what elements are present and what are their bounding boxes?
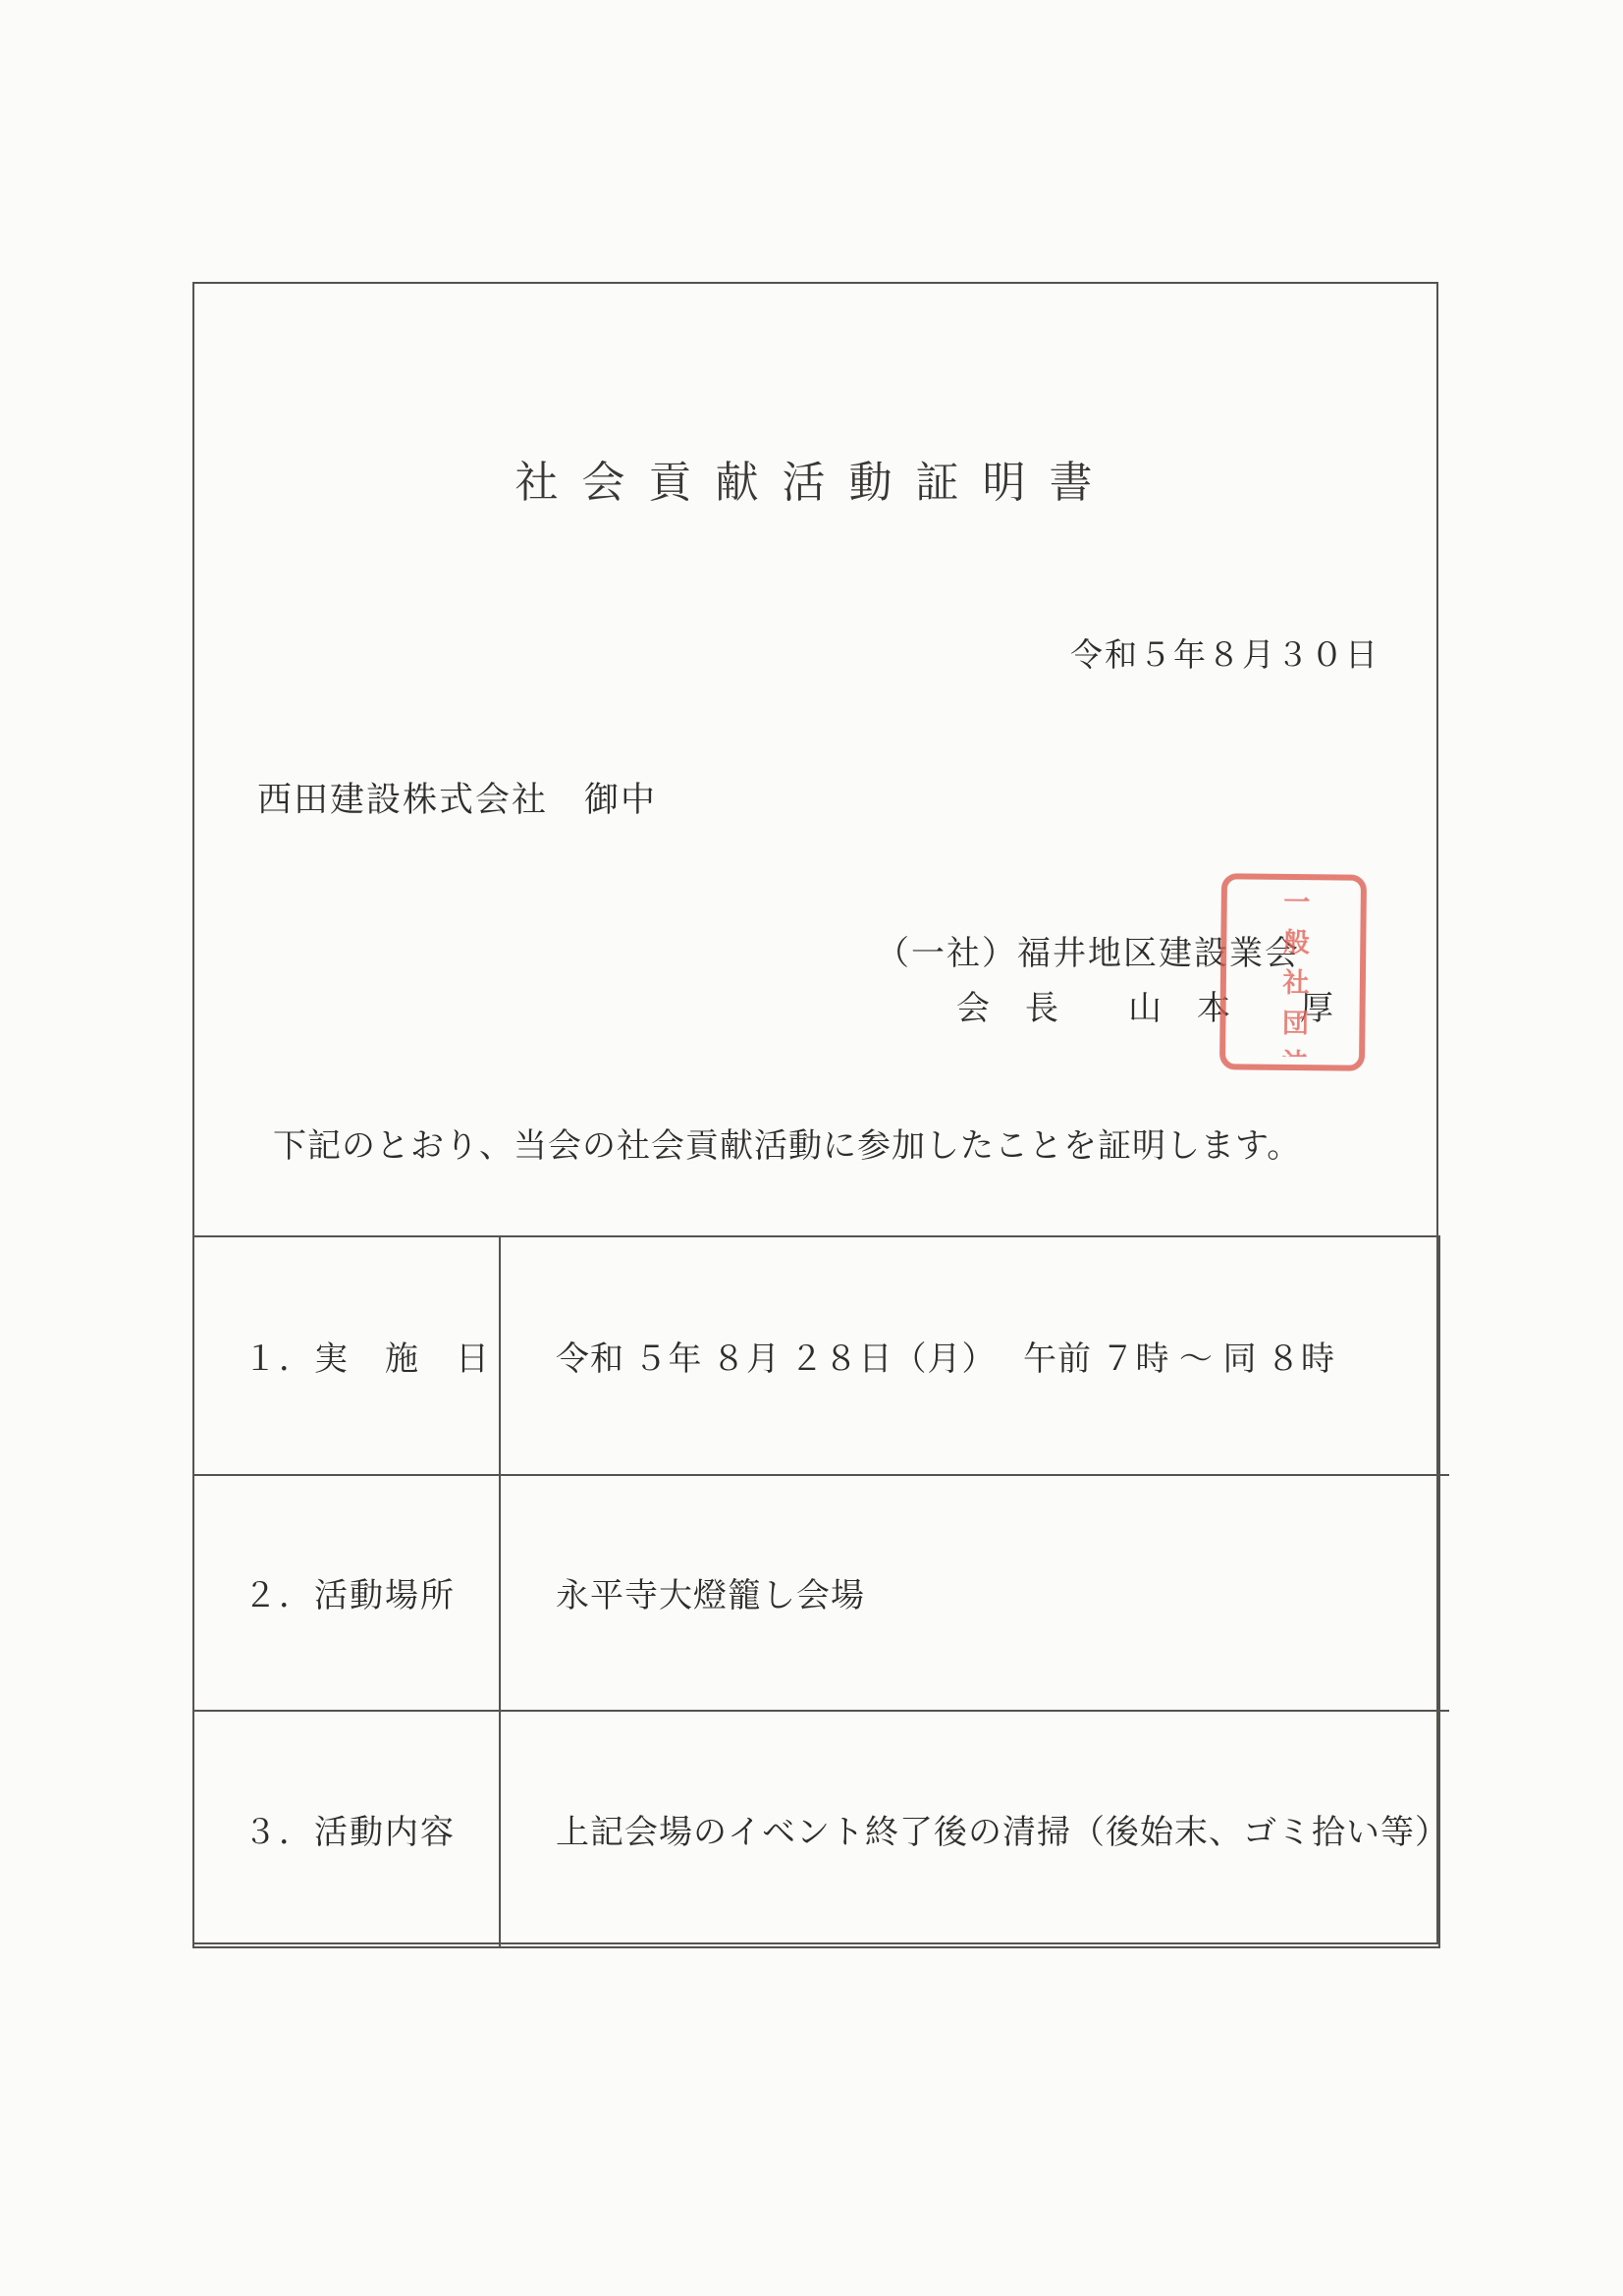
document-title: 社会貢献活動証明書 — [194, 447, 1436, 510]
row-label-activity-content: ３．活動内容 — [194, 1710, 501, 1946]
activity-table: １．実 施 日 令和 ５年 ８月 ２８日（月） 午前 ７時 ～ 同 ８時 ２．活… — [192, 1235, 1440, 1948]
certification-statement: 下記のとおり、当会の社会貢献活動に参加したことを証明します。 — [273, 1119, 1301, 1167]
addressee: 西田建設株式会社 御中 — [257, 773, 657, 822]
row-value-activity-content: 上記会場のイベント終了後の清掃（後始末、ゴミ拾い等） — [501, 1710, 1449, 1946]
row-value-activity-location: 永平寺大燈籠し会場 — [501, 1474, 1449, 1711]
row-value-implementation-date: 令和 ５年 ８月 ２８日（月） 午前 ７時 ～ 同 ８時 — [501, 1237, 1449, 1474]
row-label-implementation-date: １．実 施 日 — [194, 1237, 501, 1474]
certificate-box: 社会貢献活動証明書 令和５年８月３０日 西田建設株式会社 御中 （一社）福井地区… — [192, 282, 1438, 1944]
seal-text: 一般社団法人福井地区建設業会之印 — [1277, 888, 1310, 1057]
row-label-activity-location: ２．活動場所 — [194, 1474, 501, 1711]
company-seal-stamp: 一般社団法人福井地区建設業会之印 — [1219, 873, 1367, 1071]
issue-date: 令和５年８月３０日 — [1070, 629, 1380, 676]
